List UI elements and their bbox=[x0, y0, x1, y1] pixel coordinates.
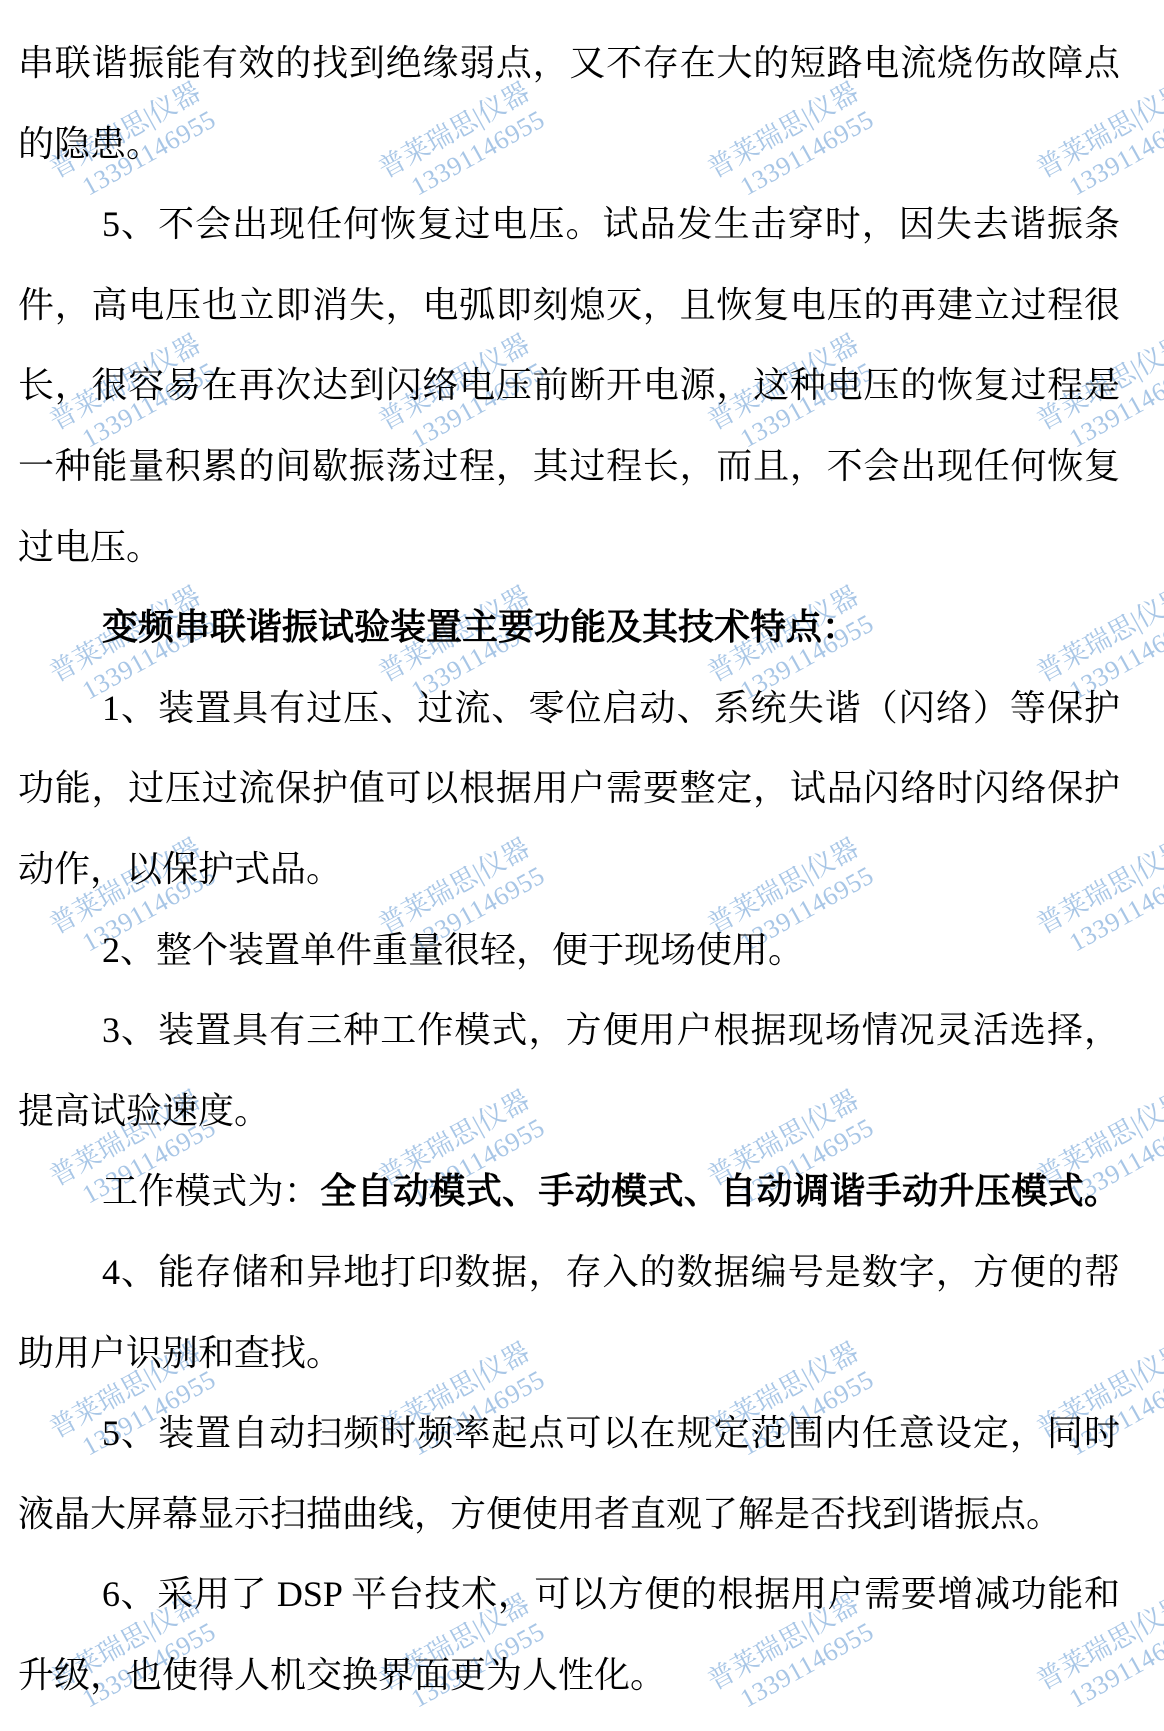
text-run: 6、采用了 DSP 平台技术，可以方便的根据用户需要增减功能和 bbox=[102, 1574, 1120, 1614]
text-run: 的隐患。 bbox=[18, 124, 162, 164]
text-run: 提高试验速度。 bbox=[18, 1091, 270, 1131]
text-line: 2、整个装置单件重量很轻，便于现场使用。 bbox=[18, 910, 1120, 991]
text-line: 提高试验速度。 bbox=[18, 1071, 1120, 1152]
text-run: 过电压。 bbox=[18, 527, 162, 567]
text-line: 液晶大屏幕显示扫描曲线，方便使用者直观了解是否找到谐振点。 bbox=[18, 1474, 1120, 1555]
text-line: 1、装置具有过压、过流、零位启动、系统失谐（闪络）等保护 bbox=[18, 668, 1120, 749]
text-line: 变频串联谐振试验装置主要功能及其技术特点： bbox=[18, 587, 1120, 668]
document-text: 串联谐振能有效的找到绝缘弱点，又不存在大的短路电流烧伤故障点的隐患。5、不会出现… bbox=[18, 23, 1120, 1715]
text-line: 件，高电压也立即消失，电弧即刻熄灭，且恢复电压的再建立过程很 bbox=[18, 265, 1120, 346]
text-line: 6、采用了 DSP 平台技术，可以方便的根据用户需要增减功能和 bbox=[18, 1554, 1120, 1635]
text-line: 动作，以保护式品。 bbox=[18, 829, 1120, 910]
text-run: 长，很容易在再次达到闪络电压前断开电源，这种电压的恢复过程是 bbox=[18, 365, 1120, 405]
text-line: 一种能量积累的间歇振荡过程，其过程长，而且，不会出现任何恢复 bbox=[18, 426, 1120, 507]
text-run: 1、装置具有过压、过流、零位启动、系统失谐（闪络）等保护 bbox=[102, 688, 1120, 728]
text-run: 助用户识别和查找。 bbox=[18, 1333, 342, 1373]
text-run-bold: 全自动模式、手动模式、自动调谐手动升压模式。 bbox=[320, 1171, 1120, 1211]
text-line: 的隐患。 bbox=[18, 104, 1120, 185]
text-line: 5、装置自动扫频时频率起点可以在规定范围内任意设定，同时 bbox=[18, 1393, 1120, 1474]
text-line: 长，很容易在再次达到闪络电压前断开电源，这种电压的恢复过程是 bbox=[18, 345, 1120, 426]
text-run: 2、整个装置单件重量很轻，便于现场使用。 bbox=[102, 930, 804, 970]
text-run: 工作模式为： bbox=[102, 1171, 320, 1211]
text-run: 5、装置自动扫频时频率起点可以在规定范围内任意设定，同时 bbox=[102, 1413, 1120, 1453]
text-line: 串联谐振能有效的找到绝缘弱点，又不存在大的短路电流烧伤故障点 bbox=[18, 23, 1120, 104]
text-line: 4、能存储和异地打印数据，存入的数据编号是数字，方便的帮 bbox=[18, 1232, 1120, 1313]
text-run: 动作，以保护式品。 bbox=[18, 849, 342, 889]
text-run: 一种能量积累的间歇振荡过程，其过程长，而且，不会出现任何恢复 bbox=[18, 446, 1120, 486]
text-line: 过电压。 bbox=[18, 507, 1120, 588]
text-run: 升级，也使得人机交换界面更为人性化。 bbox=[18, 1655, 666, 1695]
text-run: 件，高电压也立即消失，电弧即刻熄灭，且恢复电压的再建立过程很 bbox=[18, 285, 1120, 325]
text-line: 工作模式为：全自动模式、手动模式、自动调谐手动升压模式。 bbox=[18, 1151, 1120, 1232]
text-run: 液晶大屏幕显示扫描曲线，方便使用者直观了解是否找到谐振点。 bbox=[18, 1494, 1062, 1534]
text-run: 功能，过压过流保护值可以根据用户需要整定，试品闪络时闪络保护 bbox=[18, 768, 1120, 808]
text-line: 5、不会出现任何恢复过电压。试品发生击穿时，因失去谐振条 bbox=[18, 184, 1120, 265]
document-page: 普莱瑞思|仪器13391146955普莱瑞思|仪器13391146955普莱瑞思… bbox=[0, 0, 1164, 1731]
text-run: 3、装置具有三种工作模式，方便用户根据现场情况灵活选择， bbox=[102, 1010, 1120, 1050]
text-line: 3、装置具有三种工作模式，方便用户根据现场情况灵活选择， bbox=[18, 990, 1120, 1071]
text-line: 功能，过压过流保护值可以根据用户需要整定，试品闪络时闪络保护 bbox=[18, 748, 1120, 829]
text-run-bold: 变频串联谐振试验装置主要功能及其技术特点： bbox=[102, 607, 858, 647]
text-run: 5、不会出现任何恢复过电压。试品发生击穿时，因失去谐振条 bbox=[102, 204, 1120, 244]
text-line: 升级，也使得人机交换界面更为人性化。 bbox=[18, 1635, 1120, 1716]
text-line: 助用户识别和查找。 bbox=[18, 1313, 1120, 1394]
text-run: 串联谐振能有效的找到绝缘弱点，又不存在大的短路电流烧伤故障点 bbox=[18, 43, 1120, 83]
text-run: 4、能存储和异地打印数据，存入的数据编号是数字，方便的帮 bbox=[102, 1252, 1120, 1292]
